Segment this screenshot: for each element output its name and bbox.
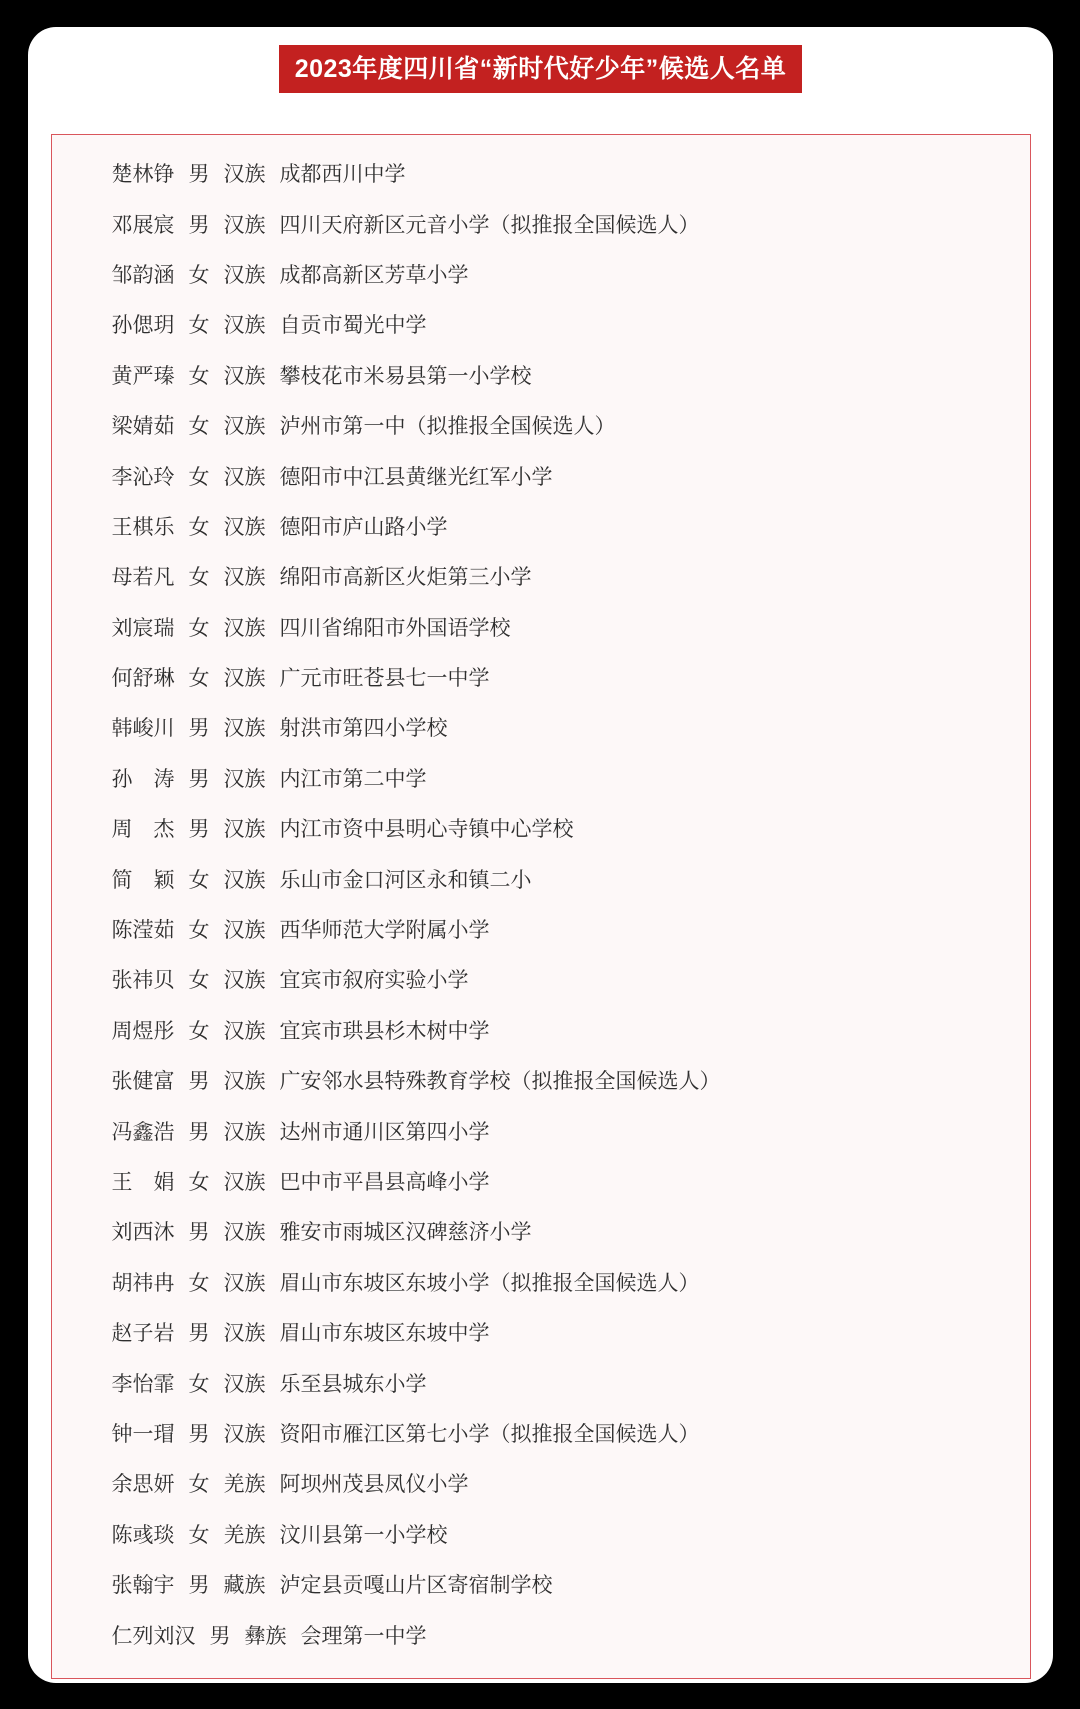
candidate-gender: 男 xyxy=(189,158,210,188)
candidate-gender: 女 xyxy=(189,1519,210,1549)
candidate-name: 张翰宇 xyxy=(112,1569,175,1599)
candidate-name: 李怡霏 xyxy=(112,1368,175,1398)
candidate-school: 眉山市东坡区东坡小学（拟推报全国候选人） xyxy=(280,1267,700,1297)
candidate-school: 广安邻水县特殊教育学校（拟推报全国候选人） xyxy=(280,1065,721,1095)
candidate-ethnicity: 汉族 xyxy=(224,813,266,843)
candidate-name: 王 娟 xyxy=(112,1166,175,1196)
candidate-ethnicity: 汉族 xyxy=(224,410,266,440)
candidate-row: 周 杰 男 汉族 内江市资中县明心寺镇中心学校 xyxy=(52,803,1030,853)
candidate-name: 刘宸瑞 xyxy=(112,612,175,642)
candidate-ethnicity: 汉族 xyxy=(224,1418,266,1448)
candidate-ethnicity: 汉族 xyxy=(224,1116,266,1146)
candidate-row: 陈滢茹 女 汉族 西华师范大学附属小学 xyxy=(52,904,1030,954)
candidate-row: 何舒琳 女 汉族 广元市旺苍县七一中学 xyxy=(52,652,1030,702)
candidate-gender: 女 xyxy=(189,309,210,339)
candidate-school: 成都高新区芳草小学 xyxy=(280,259,469,289)
candidate-gender: 男 xyxy=(189,1317,210,1347)
candidate-row: 黄严瑧 女 汉族 攀枝花市米易县第一小学校 xyxy=(52,350,1030,400)
candidate-ethnicity: 汉族 xyxy=(224,259,266,289)
candidate-ethnicity: 汉族 xyxy=(224,461,266,491)
candidate-school: 射洪市第四小学校 xyxy=(280,712,448,742)
candidate-school: 内江市资中县明心寺镇中心学校 xyxy=(280,813,574,843)
candidate-ethnicity: 汉族 xyxy=(224,763,266,793)
candidate-gender: 女 xyxy=(189,561,210,591)
candidate-school: 西华师范大学附属小学 xyxy=(280,914,490,944)
candidate-gender: 男 xyxy=(210,1620,231,1650)
candidate-gender: 男 xyxy=(189,813,210,843)
candidate-name: 梁婧茹 xyxy=(112,410,175,440)
candidate-school: 攀枝花市米易县第一小学校 xyxy=(280,360,532,390)
candidate-row: 刘宸瑞 女 汉族 四川省绵阳市外国语学校 xyxy=(52,602,1030,652)
candidate-ethnicity: 汉族 xyxy=(224,309,266,339)
candidate-name: 余思妍 xyxy=(112,1468,175,1498)
candidate-gender: 男 xyxy=(189,1569,210,1599)
candidate-ethnicity: 羌族 xyxy=(224,1468,266,1498)
candidate-row: 简 颖 女 汉族 乐山市金口河区永和镇二小 xyxy=(52,853,1030,903)
candidate-row: 孙 涛 男 汉族 内江市第二中学 xyxy=(52,753,1030,803)
candidate-school: 宜宾市叙府实验小学 xyxy=(280,964,469,994)
candidate-row: 李怡霏 女 汉族 乐至县城东小学 xyxy=(52,1357,1030,1407)
candidate-name: 冯鑫浩 xyxy=(112,1116,175,1146)
candidate-gender: 女 xyxy=(189,410,210,440)
candidate-ethnicity: 汉族 xyxy=(224,1166,266,1196)
candidate-row: 邹韵涵 女 汉族 成都高新区芳草小学 xyxy=(52,249,1030,299)
candidate-name: 周煜彤 xyxy=(112,1015,175,1045)
candidate-name: 张健富 xyxy=(112,1065,175,1095)
candidate-name: 王棋乐 xyxy=(112,511,175,541)
banner-container: 2023年度四川省“新时代好少年”候选人名单 xyxy=(28,45,1053,93)
candidate-school: 巴中市平昌县高峰小学 xyxy=(280,1166,490,1196)
candidate-school: 泸州市第一中（拟推报全国候选人） xyxy=(280,410,616,440)
candidate-row: 陈彧琰 女 羌族 汶川县第一小学校 xyxy=(52,1509,1030,1559)
candidate-gender: 女 xyxy=(189,259,210,289)
candidate-row: 赵子岩 男 汉族 眉山市东坡区东坡中学 xyxy=(52,1307,1030,1357)
candidate-gender: 女 xyxy=(189,964,210,994)
candidate-name: 仁列刘汉 xyxy=(112,1620,196,1650)
candidate-school: 阿坝州茂县凤仪小学 xyxy=(280,1468,469,1498)
candidate-ethnicity: 汉族 xyxy=(224,209,266,239)
candidate-school: 德阳市庐山路小学 xyxy=(280,511,448,541)
candidate-gender: 女 xyxy=(189,511,210,541)
candidate-school: 绵阳市高新区火炬第三小学 xyxy=(280,561,532,591)
candidate-name: 邓展宸 xyxy=(112,209,175,239)
candidate-ethnicity: 汉族 xyxy=(224,864,266,894)
candidate-name: 刘西沐 xyxy=(112,1216,175,1246)
candidate-row: 梁婧茹 女 汉族 泸州市第一中（拟推报全国候选人） xyxy=(52,400,1030,450)
candidate-name: 陈彧琰 xyxy=(112,1519,175,1549)
candidate-school: 乐至县城东小学 xyxy=(280,1368,427,1398)
candidate-gender: 男 xyxy=(189,763,210,793)
candidate-row: 张翰宇 男 藏族 泸定县贡嘎山片区寄宿制学校 xyxy=(52,1559,1030,1609)
candidate-row: 冯鑫浩 男 汉族 达州市通川区第四小学 xyxy=(52,1105,1030,1155)
candidate-name: 母若凡 xyxy=(112,561,175,591)
candidate-school: 资阳市雁江区第七小学（拟推报全国候选人） xyxy=(280,1418,700,1448)
candidate-name: 韩峻川 xyxy=(112,712,175,742)
candidate-name: 简 颖 xyxy=(112,864,175,894)
candidate-ethnicity: 汉族 xyxy=(224,511,266,541)
candidate-row: 李沁玲 女 汉族 德阳市中江县黄继光红军小学 xyxy=(52,450,1030,500)
candidate-gender: 男 xyxy=(189,1418,210,1448)
candidate-gender: 女 xyxy=(189,461,210,491)
candidate-gender: 女 xyxy=(189,1015,210,1045)
candidate-row: 钟一瑁 男 汉族 资阳市雁江区第七小学（拟推报全国候选人） xyxy=(52,1408,1030,1458)
candidate-ethnicity: 汉族 xyxy=(224,1015,266,1045)
candidate-name: 孙偲玥 xyxy=(112,309,175,339)
candidate-ethnicity: 藏族 xyxy=(224,1569,266,1599)
candidate-name: 周 杰 xyxy=(112,813,175,843)
candidate-name: 邹韵涵 xyxy=(112,259,175,289)
candidate-gender: 女 xyxy=(189,914,210,944)
candidate-ethnicity: 汉族 xyxy=(224,1065,266,1095)
candidate-gender: 男 xyxy=(189,1116,210,1146)
candidate-name: 黄严瑧 xyxy=(112,360,175,390)
candidate-gender: 男 xyxy=(189,712,210,742)
candidate-gender: 女 xyxy=(189,1166,210,1196)
candidate-school: 成都西川中学 xyxy=(280,158,406,188)
candidate-school: 会理第一中学 xyxy=(301,1620,427,1650)
candidate-ethnicity: 羌族 xyxy=(224,1519,266,1549)
candidate-ethnicity: 汉族 xyxy=(224,1317,266,1347)
candidate-row: 仁列刘汉 男 彝族 会理第一中学 xyxy=(52,1609,1030,1659)
article-card: 2023年度四川省“新时代好少年”候选人名单 楚林铮 男 汉族 成都西川中学 邓… xyxy=(28,27,1053,1683)
candidate-school: 汶川县第一小学校 xyxy=(280,1519,448,1549)
candidate-school: 自贡市蜀光中学 xyxy=(280,309,427,339)
candidate-ethnicity: 汉族 xyxy=(224,1267,266,1297)
page-title: 2023年度四川省“新时代好少年”候选人名单 xyxy=(279,45,803,93)
candidate-name: 胡祎冉 xyxy=(112,1267,175,1297)
candidate-row: 楚林铮 男 汉族 成都西川中学 xyxy=(52,148,1030,198)
candidate-row: 张健富 男 汉族 广安邻水县特殊教育学校（拟推报全国候选人） xyxy=(52,1055,1030,1105)
candidate-gender: 男 xyxy=(189,209,210,239)
candidate-school: 达州市通川区第四小学 xyxy=(280,1116,490,1146)
candidate-ethnicity: 汉族 xyxy=(224,158,266,188)
candidate-gender: 女 xyxy=(189,864,210,894)
candidate-gender: 男 xyxy=(189,1065,210,1095)
candidate-ethnicity: 汉族 xyxy=(224,612,266,642)
candidate-ethnicity: 汉族 xyxy=(224,662,266,692)
candidate-gender: 女 xyxy=(189,360,210,390)
candidate-school: 四川省绵阳市外国语学校 xyxy=(280,612,511,642)
candidate-name: 楚林铮 xyxy=(112,158,175,188)
candidate-school: 泸定县贡嘎山片区寄宿制学校 xyxy=(280,1569,553,1599)
candidate-ethnicity: 彝族 xyxy=(245,1620,287,1650)
candidate-ethnicity: 汉族 xyxy=(224,964,266,994)
candidate-ethnicity: 汉族 xyxy=(224,712,266,742)
candidate-school: 眉山市东坡区东坡中学 xyxy=(280,1317,490,1347)
candidate-school: 雅安市雨城区汉碑慈济小学 xyxy=(280,1216,532,1246)
candidate-gender: 女 xyxy=(189,1267,210,1297)
candidate-ethnicity: 汉族 xyxy=(224,360,266,390)
candidate-ethnicity: 汉族 xyxy=(224,1216,266,1246)
candidate-row: 孙偲玥 女 汉族 自贡市蜀光中学 xyxy=(52,299,1030,349)
candidate-gender: 女 xyxy=(189,1468,210,1498)
candidate-name: 赵子岩 xyxy=(112,1317,175,1347)
candidate-name: 陈滢茹 xyxy=(112,914,175,944)
candidate-gender: 女 xyxy=(189,612,210,642)
candidate-school: 宜宾市珙县杉木树中学 xyxy=(280,1015,490,1045)
candidate-row: 周煜彤 女 汉族 宜宾市珙县杉木树中学 xyxy=(52,1005,1030,1055)
candidate-row: 王 娟 女 汉族 巴中市平昌县高峰小学 xyxy=(52,1156,1030,1206)
candidate-list: 楚林铮 男 汉族 成都西川中学 邓展宸 男 汉族 四川天府新区元音小学（拟推报全… xyxy=(51,134,1031,1679)
candidate-row: 邓展宸 男 汉族 四川天府新区元音小学（拟推报全国候选人） xyxy=(52,198,1030,248)
candidate-row: 母若凡 女 汉族 绵阳市高新区火炬第三小学 xyxy=(52,551,1030,601)
candidate-name: 张祎贝 xyxy=(112,964,175,994)
candidate-gender: 女 xyxy=(189,662,210,692)
candidate-name: 何舒琳 xyxy=(112,662,175,692)
candidate-row: 张祎贝 女 汉族 宜宾市叙府实验小学 xyxy=(52,954,1030,1004)
candidate-row: 王棋乐 女 汉族 德阳市庐山路小学 xyxy=(52,501,1030,551)
candidate-school: 内江市第二中学 xyxy=(280,763,427,793)
candidate-row: 余思妍 女 羌族 阿坝州茂县凤仪小学 xyxy=(52,1458,1030,1508)
candidate-school: 四川天府新区元音小学（拟推报全国候选人） xyxy=(280,209,700,239)
candidate-row: 胡祎冉 女 汉族 眉山市东坡区东坡小学（拟推报全国候选人） xyxy=(52,1257,1030,1307)
candidate-ethnicity: 汉族 xyxy=(224,914,266,944)
candidate-name: 钟一瑁 xyxy=(112,1418,175,1448)
candidate-school: 广元市旺苍县七一中学 xyxy=(280,662,490,692)
candidate-row: 韩峻川 男 汉族 射洪市第四小学校 xyxy=(52,702,1030,752)
candidate-name: 李沁玲 xyxy=(112,461,175,491)
candidate-gender: 男 xyxy=(189,1216,210,1246)
candidate-school: 德阳市中江县黄继光红军小学 xyxy=(280,461,553,491)
candidate-school: 乐山市金口河区永和镇二小 xyxy=(280,864,532,894)
candidate-ethnicity: 汉族 xyxy=(224,561,266,591)
candidate-ethnicity: 汉族 xyxy=(224,1368,266,1398)
candidate-row: 刘西沐 男 汉族 雅安市雨城区汉碑慈济小学 xyxy=(52,1206,1030,1256)
candidate-gender: 女 xyxy=(189,1368,210,1398)
candidate-name: 孙 涛 xyxy=(112,763,175,793)
